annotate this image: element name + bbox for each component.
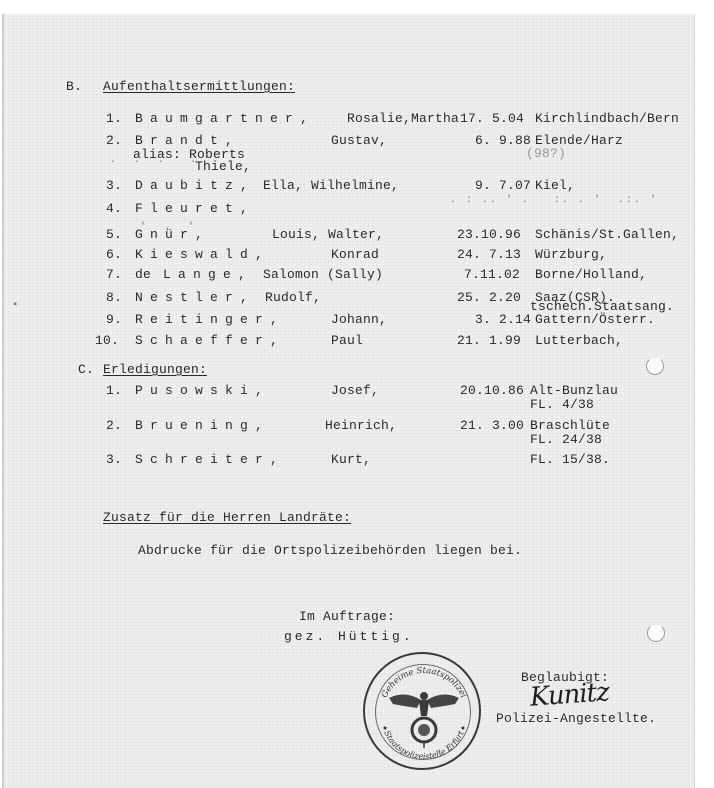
punch-hole-upper <box>646 357 664 375</box>
entry-alias-name: Thiele, <box>195 160 251 174</box>
entry-given-names: Heinrich, <box>325 419 397 433</box>
role-label: Polizei-Angestellte. <box>496 712 656 726</box>
paper-noise: . : .. ' . :. . ' .:. ' <box>450 195 658 206</box>
entry-birth-date: 25. 2.20 <box>457 291 521 305</box>
entry-number: 9. <box>106 313 122 327</box>
entry-surname: Daubitz, <box>135 179 255 193</box>
entry-birth-place: Kirchlindbach/Bern <box>535 112 679 126</box>
entry-file-reference: FL. 15/38. <box>530 453 610 467</box>
section-c-heading: Erledigungen: <box>103 363 207 377</box>
entry-given-names: Rudolf, <box>265 291 321 305</box>
entry-surname: Lange, <box>163 268 253 282</box>
entry-surname: Nestler, <box>135 291 255 305</box>
entry-birth-place: Kiel, <box>535 179 575 193</box>
entry-birth-date: 21. 1.99 <box>457 334 521 348</box>
entry-birth-place: Schänis/St.Gallen, <box>535 228 679 242</box>
entry-surname: Bruening, <box>135 419 270 433</box>
signed-by: gez. Hüttig. <box>284 630 414 644</box>
entry-birth-date: 23.10.96 <box>457 228 521 242</box>
entry-surname: Pusowski, <box>135 384 270 398</box>
entry-birth-date: 24. 7.13 <box>457 248 521 262</box>
entry-surname: Baumgartner, <box>135 112 315 126</box>
entry-surname: Brandt, <box>135 134 240 148</box>
entry-birth-date: 21. 3.00 <box>460 419 524 433</box>
paper-noise: ▪ <box>12 300 20 311</box>
entry-file-reference: FL. 4/38 <box>530 398 594 412</box>
by-order-label: Im Auftrage: <box>299 610 395 624</box>
entry-number: 7. <box>106 268 122 282</box>
entry-birth-place: Würzburg, <box>535 248 607 262</box>
entry-birth-place: Borne/Holland, <box>535 268 647 282</box>
section-b-heading: Aufenthaltsermittlungen: <box>103 80 295 94</box>
entry-given-names: Johann, <box>331 313 387 327</box>
eagle-emblem-icon: Geheime Staatspolizei Staatspolizeistell… <box>365 654 483 772</box>
entry-number: 1. <box>106 384 122 398</box>
entry-birth-date: 9. 7.07 <box>475 179 531 193</box>
entry-number: 5. <box>106 228 122 242</box>
entry-surname: Fleuret, <box>135 202 255 216</box>
entry-birth-date: 20.10.86 <box>460 384 524 398</box>
entry-given-names: Kurt, <box>331 453 371 467</box>
entry-surname: Schreiter, <box>135 453 285 467</box>
entry-given-names: Konrad <box>331 248 379 262</box>
entry-birth-place: Lutterbach, <box>535 334 623 348</box>
entry-number: 1. <box>106 112 122 126</box>
entry-birth-date: 7.11.02 <box>464 268 520 282</box>
paper-noise: ' . ' <box>140 222 196 233</box>
entry-number: 4. <box>106 202 122 216</box>
entry-surname: Kieswald, <box>135 248 270 262</box>
entry-given-names: Ella, Wilhelmine, <box>263 179 399 193</box>
addendum-text: Abdrucke für die Ortspolizeibehörden lie… <box>138 544 522 558</box>
entry-number: 2. <box>106 134 122 148</box>
entry-given-names: Louis, Walter, <box>272 228 384 242</box>
entry-birth-date: 17. 5.04 <box>460 112 524 126</box>
entry-given-names: Paul <box>331 334 363 348</box>
entry-birth-date: 6. 9.88 <box>475 134 531 148</box>
entry-birth-place: Alt-Bunzlau <box>530 384 618 398</box>
entry-birth-place: Gattern/Österr. <box>535 313 655 327</box>
entry-number: 3. <box>106 179 122 193</box>
paper-noise: . : . . <box>110 155 198 166</box>
entry-surname: Schaeffer, <box>135 334 285 348</box>
entry-number: 6. <box>106 248 122 262</box>
entry-number: 3. <box>106 453 122 467</box>
entry-surname-prefix: de <box>135 268 159 282</box>
entry-number: 2. <box>106 419 122 433</box>
addendum-heading: Zusatz für die Herren Landräte: <box>103 511 351 525</box>
entry-file-reference: FL. 24/38 <box>530 433 602 447</box>
entry-given-names: Josef, <box>331 384 379 398</box>
entry-given-names: Rosalie,Martha <box>347 112 459 126</box>
entry-given-names: Gustav, <box>331 134 387 148</box>
entry-surname: Reitinger, <box>135 313 285 327</box>
entry-number: 10. <box>95 334 119 348</box>
section-b-label: B. <box>66 80 82 94</box>
official-stamp: Geheime Staatspolizei Staatspolizeistell… <box>363 652 481 770</box>
section-c-label: C. <box>78 363 94 377</box>
entry-number: 8. <box>106 291 122 305</box>
handwritten-signature: Kunitz <box>529 677 610 712</box>
entry-place-note: (98?) <box>526 147 566 161</box>
punch-hole-lower <box>647 624 665 642</box>
entry-birth-place: Braschlüte <box>530 419 610 433</box>
entry-given-names: Salomon (Sally) <box>263 268 383 282</box>
entry-birth-date: 3. 2.14 <box>475 313 531 327</box>
